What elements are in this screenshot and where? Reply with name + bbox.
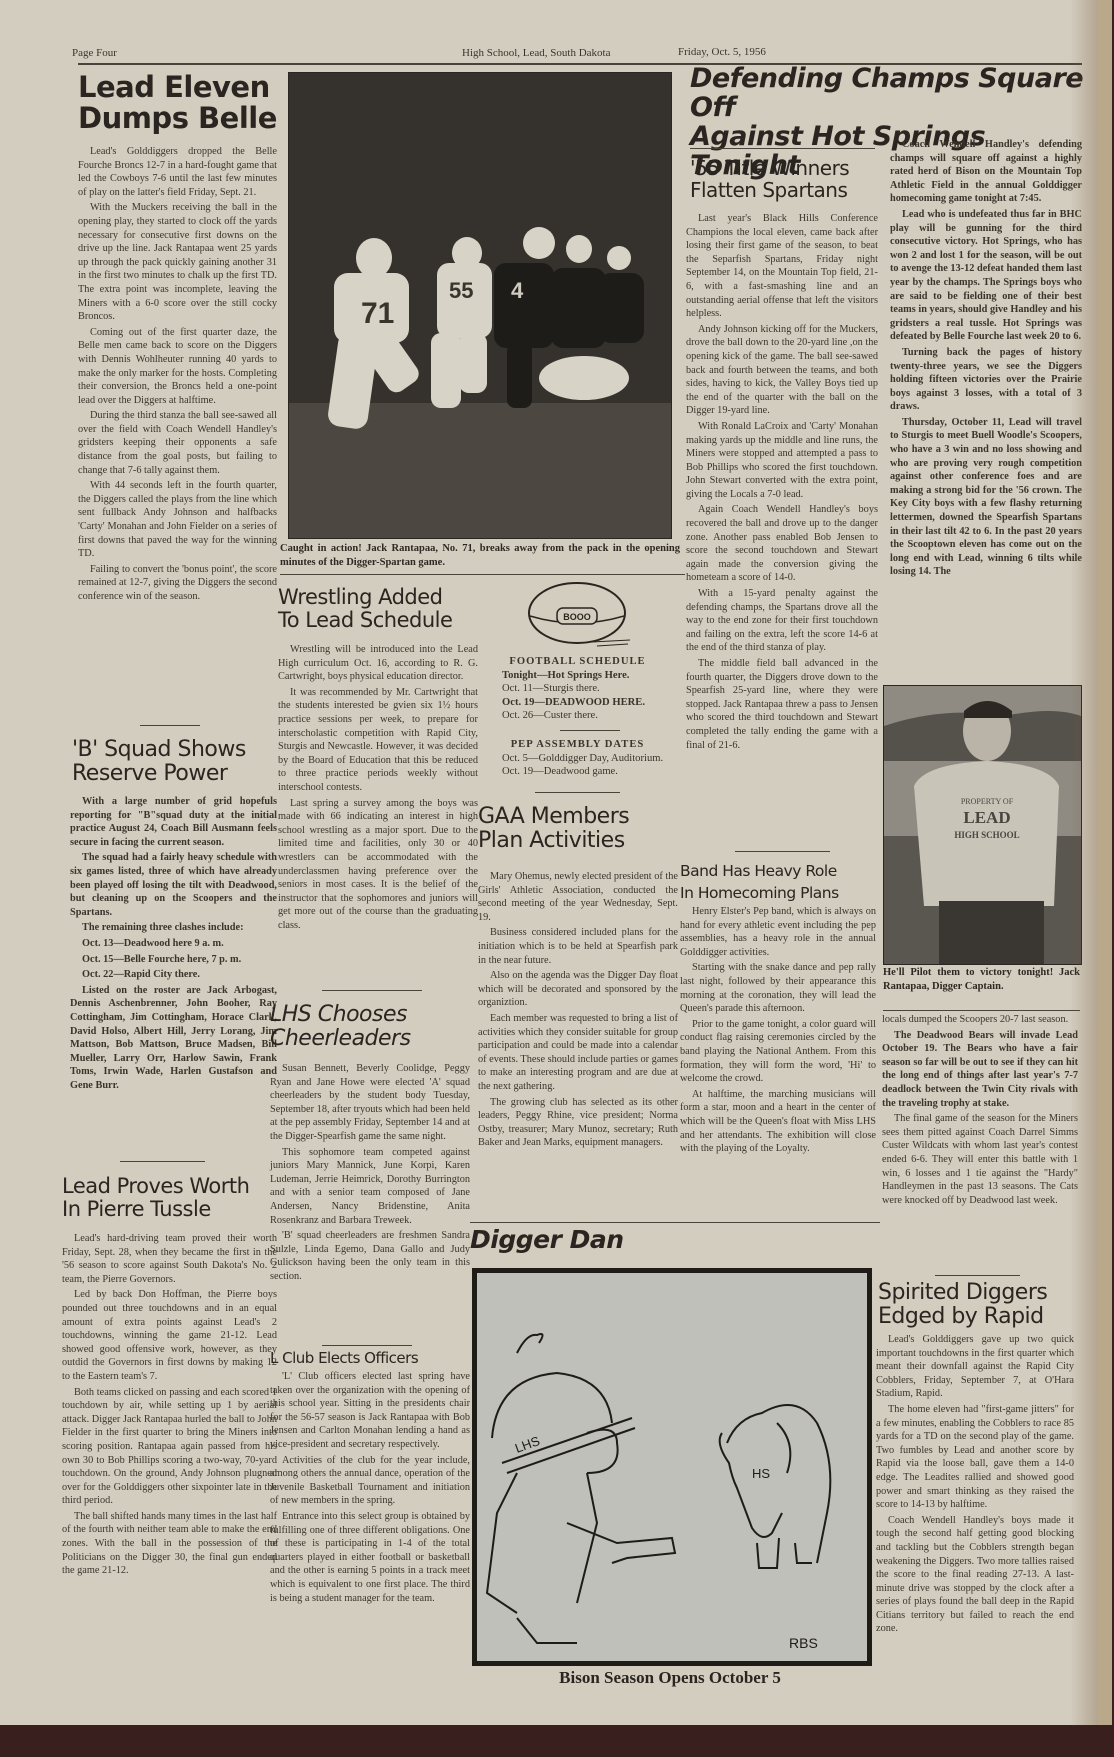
divider	[935, 1275, 1020, 1276]
svg-text:4: 4	[511, 278, 524, 303]
digger-dan-cartoon: LHS HS RBS	[472, 1268, 872, 1666]
svg-text:BOOO: BOOO	[563, 612, 591, 622]
article-cheerleaders: Susan Bennett, Beverly Coolidge, Peggy R…	[270, 1062, 470, 1286]
article-b-squad: With a large number of grid hopefuls rep…	[70, 795, 277, 1094]
article-defending-champs-continued: locals dumped the Scoopers 20-7 last sea…	[882, 1013, 1078, 1209]
article-title-winners: Last year's Black Hills Conference Champ…	[686, 212, 878, 754]
article-band: Henry Elster's Pep band, which is always…	[680, 905, 876, 1158]
svg-text:HIGH SCHOOL: HIGH SCHOOL	[954, 830, 1019, 840]
photo-caption-action: Caught in action! Jack Rantapaa, No. 71,…	[280, 542, 680, 569]
headline-spirited-diggers: Spirited Diggers Edged by Rapid	[878, 1281, 1088, 1329]
football-schedule: FOOTBALL SCHEDULE Tonight—Hot Springs He…	[490, 655, 665, 723]
photo-caption-captain: He'll Pilot them to victory tonight! Jac…	[883, 966, 1080, 993]
article-gaa: Mary Ohemus, newly elected president of …	[478, 870, 678, 1152]
pep-assembly-dates: PEP ASSEMBLY DATES Oct. 5—Golddigger Day…	[490, 738, 665, 779]
svg-text:PROPERTY OF: PROPERTY OF	[961, 797, 1014, 806]
divider	[883, 1010, 1080, 1011]
headline-wrestling: Wrestling Added To Lead Schedule	[278, 586, 488, 631]
divider	[470, 1222, 880, 1223]
headline-cheerleaders: LHS Chooses Cheerleaders	[270, 1003, 480, 1051]
article-spirited-diggers: Lead's Golddiggers gave up two quick imp…	[876, 1333, 1074, 1638]
headline-l-club: L Club Elects Officers	[270, 1350, 480, 1366]
svg-text:LEAD: LEAD	[963, 808, 1010, 827]
page-number: Page Four	[72, 47, 117, 59]
headline-title-winners: '55 Title Winners Flatten Spartans	[690, 158, 880, 201]
svg-text:LHS: LHS	[513, 1433, 542, 1456]
article-pierre: Lead's hard-driving team proved their wo…	[62, 1232, 277, 1580]
divider	[280, 574, 685, 575]
headline-gaa: GAA Members Plan Activities	[478, 805, 683, 853]
digger-vs-bison-drawing: LHS HS RBS	[477, 1273, 867, 1661]
headline-band: Band Has Heavy Role In Homecoming Plans	[680, 860, 880, 904]
captain-portrait-image: PROPERTY OF LEAD HIGH SCHOOL	[884, 686, 1081, 964]
divider	[690, 148, 875, 149]
svg-text:RBS: RBS	[789, 1635, 818, 1651]
divider	[140, 725, 200, 726]
newspaper-page: Page Four High School, Lead, South Dakot…	[0, 0, 1112, 1725]
football-players-image: 71 55 4	[289, 73, 671, 538]
divider	[535, 792, 620, 793]
football-action-photo: 71 55 4	[288, 72, 672, 539]
svg-text:HS: HS	[752, 1466, 770, 1481]
svg-text:55: 55	[449, 278, 473, 303]
article-lead-eleven: Lead's Golddiggers dropped the Belle Fou…	[78, 145, 277, 606]
divider	[735, 851, 830, 852]
divider	[120, 1161, 205, 1162]
divider	[322, 1345, 412, 1346]
article-wrestling: Wrestling will be introduced into the Le…	[278, 643, 478, 934]
divider	[322, 990, 422, 991]
headline-b-squad: 'B' Squad Shows Reserve Power	[72, 738, 282, 786]
captain-photo: PROPERTY OF LEAD HIGH SCHOOL	[883, 685, 1082, 965]
svg-text:71: 71	[361, 297, 394, 330]
headline-lead-eleven: Lead Eleven Dumps Belle	[78, 72, 278, 135]
football-icon: BOOO	[522, 580, 632, 650]
issue-date: Friday, Oct. 5, 1956	[678, 46, 766, 58]
divider	[560, 730, 620, 731]
publication-name: High School, Lead, South Dakota	[462, 47, 610, 59]
headline-digger-dan: Digger Dan	[470, 1226, 670, 1253]
page-curl-shadow	[1070, 0, 1098, 1725]
cartoon-caption: Bison Season Opens October 5	[470, 1668, 870, 1688]
headline-pierre: Lead Proves Worth In Pierre Tussle	[62, 1175, 277, 1220]
article-l-club: 'L' Club officers elected last spring ha…	[270, 1370, 470, 1607]
article-defending-champs: Coach Wendell Handley's defending champs…	[890, 138, 1082, 581]
